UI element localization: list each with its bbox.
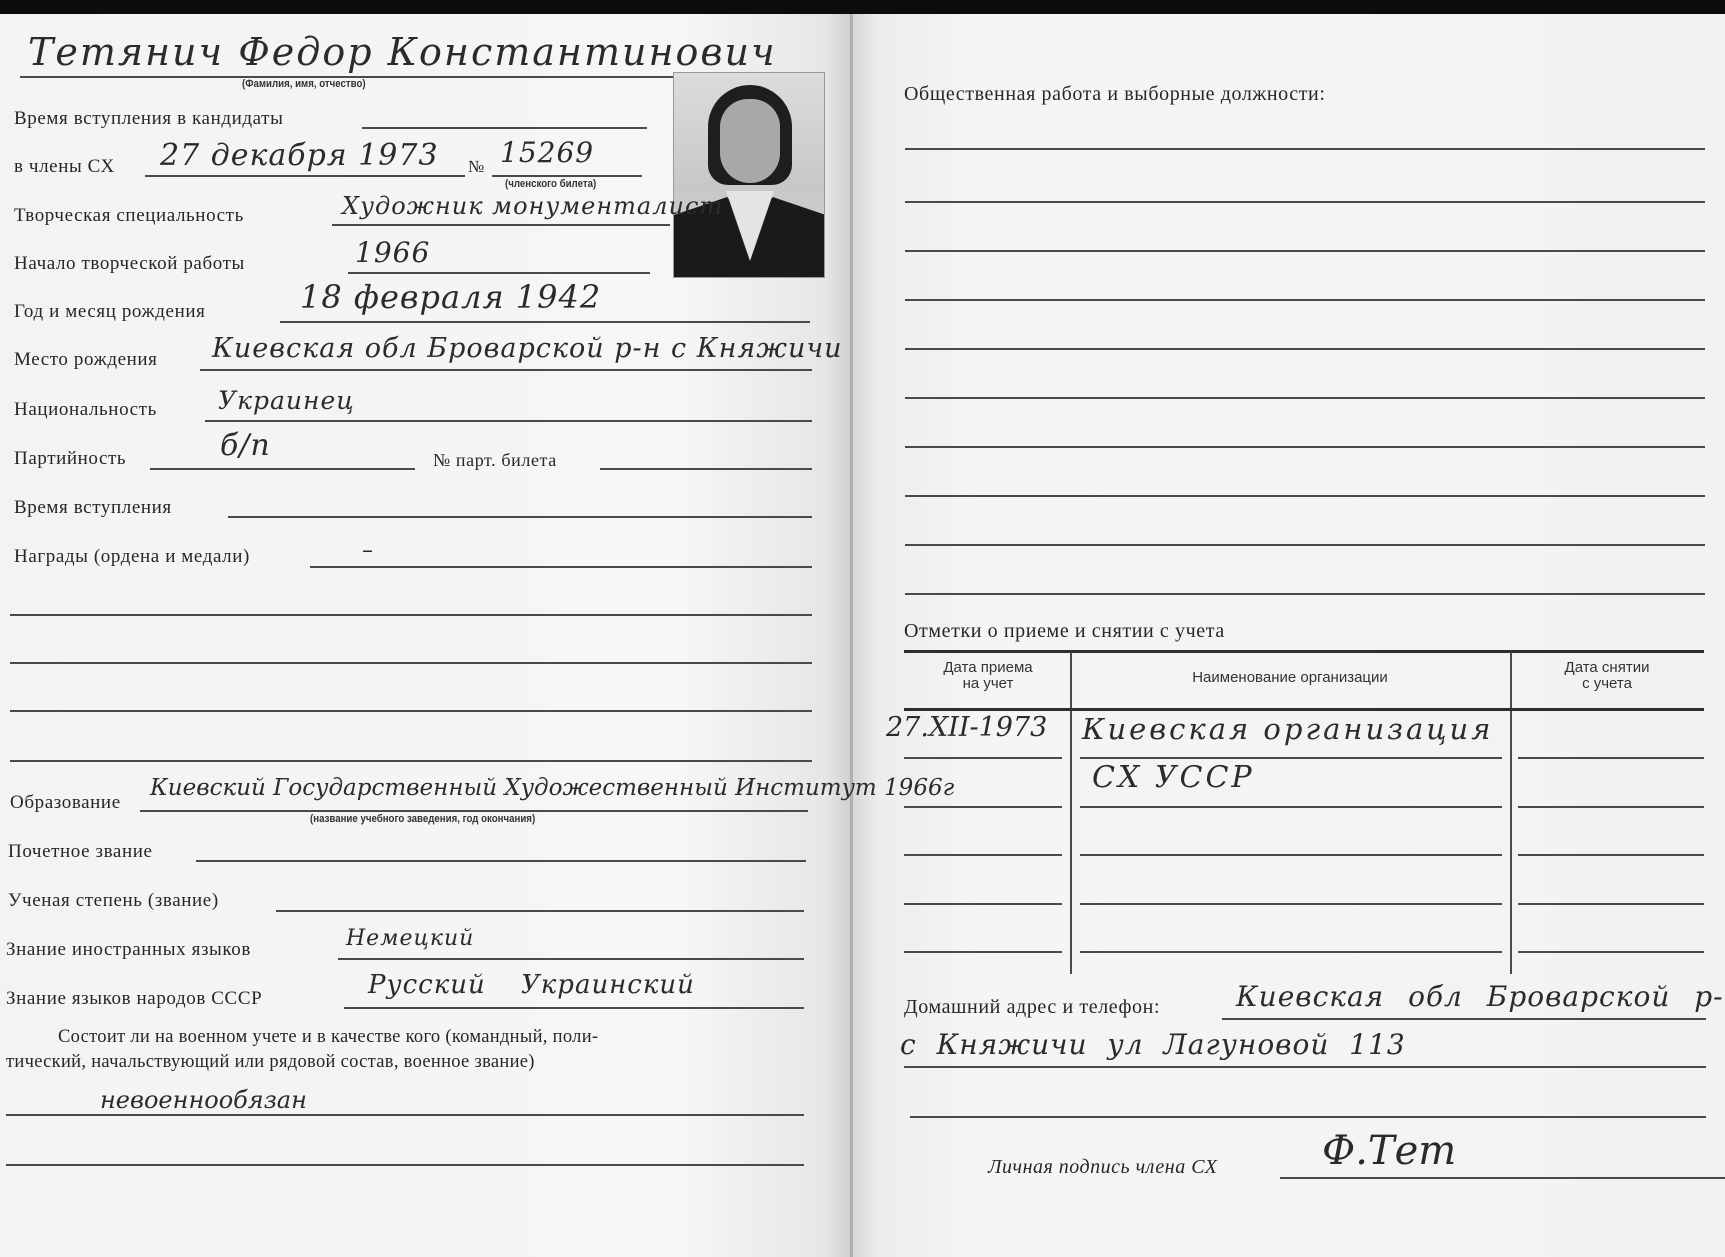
member-photo	[673, 72, 825, 278]
book-spine	[850, 14, 853, 1257]
signature-value: Ф.Тет	[1322, 1128, 1456, 1174]
row-organization-line1: Киевская организация	[1082, 712, 1493, 746]
nationality-label: Национальность	[14, 399, 157, 421]
foreign-languages-value: Немецкий	[346, 926, 474, 951]
registration-title: Отметки о приеме и снятии с учета	[904, 620, 1225, 643]
signature-label: Личная подпись члена СХ	[988, 1156, 1218, 1179]
party-join-label: Время вступления	[14, 497, 172, 519]
birth-place-value: Киевская обл Броварской р-н с Княжичи	[212, 333, 843, 364]
party-label: Партийность	[14, 448, 126, 470]
ussr-languages-label: Знание языков народов СССР	[6, 988, 262, 1010]
specialty-value: Художник монументалист	[342, 192, 723, 220]
birth-place-label: Место рождения	[14, 349, 158, 371]
full-name-caption: (Фамилия, имя, отчество)	[242, 78, 366, 90]
military-label-line2: тический, начальствующий или рядовой сос…	[6, 1052, 535, 1073]
member-date-label: в члены СХ	[14, 156, 115, 178]
card-number-value: 15269	[500, 136, 594, 169]
education-value: Киевский Государственный Художественный …	[150, 775, 954, 801]
candidate-date-label: Время вступления в кандидаты	[14, 108, 283, 130]
public-work-label: Общественная работа и выборные должности…	[904, 83, 1326, 106]
awards-label: Награды (ордена и медали)	[14, 546, 250, 568]
academic-degree-label: Ученая степень (звание)	[8, 890, 219, 912]
education-label: Образование	[10, 792, 121, 814]
nationality-value: Украинец	[218, 386, 355, 415]
party-value: б/п	[220, 428, 271, 463]
row-date-in: 27.XII-1973	[886, 712, 1047, 743]
military-value: невоеннообязан	[100, 1086, 307, 1114]
education-caption: (название учебного заведения, год оконча…	[310, 813, 535, 825]
work-start-value: 1966	[355, 236, 430, 269]
birth-date-value: 18 февраля 1942	[300, 278, 601, 316]
col-date-out-header: Дата снятии с учета	[1512, 660, 1702, 692]
card-number-label: №	[468, 157, 485, 177]
member-date-value: 27 декабря 1973	[160, 138, 439, 173]
card-number-caption: (членского билета)	[505, 178, 596, 190]
full-name-value: Тетянич Федор Константинович	[28, 30, 777, 74]
scan-top-band	[0, 0, 1725, 14]
birth-date-label: Год и месяц рождения	[14, 301, 205, 323]
row-organization-line2: СХ УССР	[1092, 760, 1255, 795]
address-line1: Киевская обл Броварской р-н	[1236, 980, 1725, 1013]
address-label: Домашний адрес и телефон:	[904, 996, 1160, 1019]
col-organization-header: Наименование организации	[1072, 670, 1508, 686]
specialty-label: Творческая специальность	[14, 205, 244, 227]
honorary-title-label: Почетное звание	[8, 841, 153, 863]
awards-value: –	[362, 538, 374, 563]
address-line2: с Княжичи ул Лагуновой 113	[900, 1028, 1406, 1061]
foreign-languages-label: Знание иностранных языков	[6, 939, 251, 961]
work-start-label: Начало творческой работы	[14, 253, 245, 275]
ussr-languages-value: Русский Украинский	[368, 970, 695, 1000]
col-date-in-header: Дата приема на учет	[908, 660, 1068, 692]
military-label-line1: Состоит ли на военном учете и в качестве…	[58, 1027, 598, 1048]
party-card-label: № парт. билета	[433, 450, 557, 471]
